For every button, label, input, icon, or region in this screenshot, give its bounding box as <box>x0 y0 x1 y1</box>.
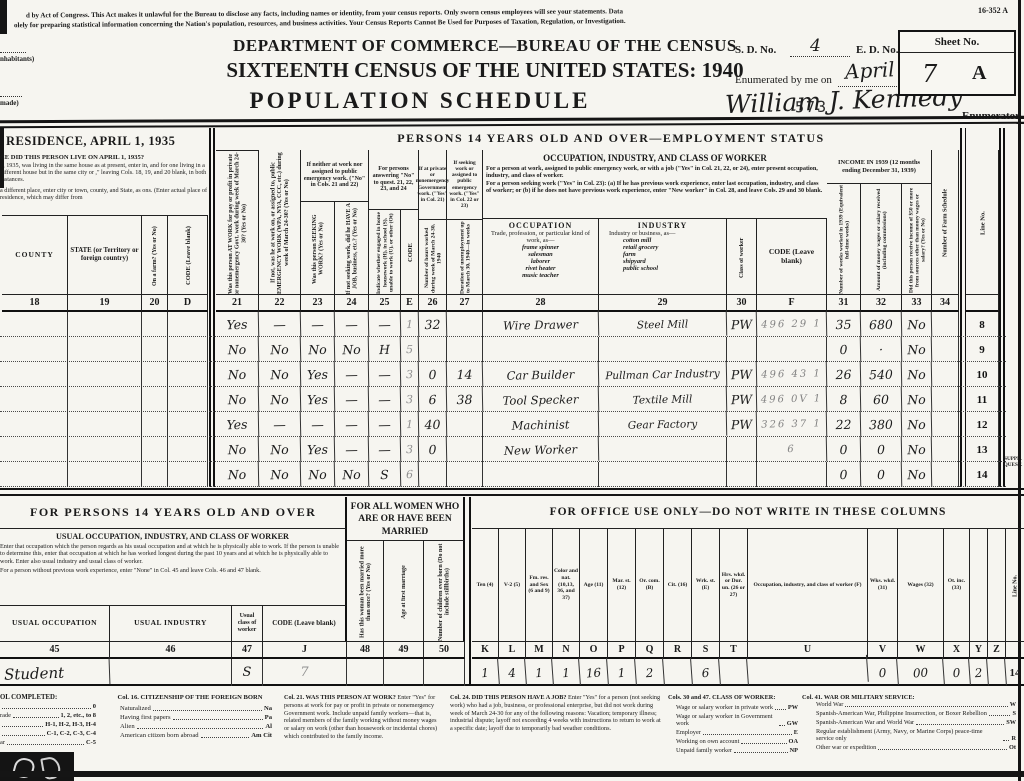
war-label: Spanish-American War and World War <box>816 719 914 726</box>
cell-c27 <box>447 462 483 487</box>
cell-cD <box>168 462 208 487</box>
citizenship-entry: AlienAl <box>120 723 272 730</box>
class-of-worker-header: Cols. 30 and 47. CLASS OF WORKER: <box>668 694 798 701</box>
cell-c20 <box>142 387 168 412</box>
class-of-worker-entry: Working on own accountOA <box>676 738 798 745</box>
school-code: 1, 2, etc., to 8 <box>61 712 97 719</box>
col24-instruction: Col. 24. DID THIS PERSON HAVE A JOB? Ent… <box>450 694 662 776</box>
war-code: R <box>1011 735 1016 742</box>
cell-c32: 60 <box>861 387 903 413</box>
cell-46 <box>110 659 232 686</box>
war-header: Col. 41. WAR OR MILITARY SERVICE: <box>802 694 1016 701</box>
cell-c19 <box>68 437 142 462</box>
war-entry: Other war or expeditionOt <box>816 744 1016 751</box>
cell-c29: Pullman Car Industry <box>599 361 727 389</box>
dotted-leader <box>779 725 785 726</box>
class-of-worker-code: NP <box>790 747 798 754</box>
column-number-c21: 21 <box>216 294 259 312</box>
enumerated-label: Enumerated by me on <box>735 74 832 86</box>
cell-line: 8 <box>966 312 999 337</box>
citizenship-label: Naturalized <box>120 705 151 712</box>
cell-c21: No <box>216 362 260 388</box>
dotted-leader <box>845 706 1007 707</box>
school-entry: arC-5 <box>0 739 96 746</box>
dotted-leader <box>741 743 786 744</box>
cell-office-U <box>747 655 869 690</box>
citizenship-entries: NaturalizedNaHaving first papersPaAlienA… <box>102 705 278 739</box>
column-letter-N: N <box>553 641 580 659</box>
war-label: Other war or expedition <box>816 744 876 751</box>
war-code: SW <box>1006 719 1016 726</box>
column-number-c22: 22 <box>259 294 301 312</box>
cell-45: Student <box>0 657 110 688</box>
column-number-line <box>966 294 999 312</box>
dotted-leader <box>916 724 1004 725</box>
column-number-45: 45 <box>0 641 110 659</box>
class-of-worker-code: GW <box>787 720 798 727</box>
table-row-line-10: NoNoYes——3014Car BuilderPullman Car Indu… <box>0 362 1006 387</box>
column-number-c19: 19 <box>68 294 142 312</box>
cell-c20 <box>142 462 168 487</box>
class-of-worker-label: Wage or salary worker in private work <box>676 704 773 711</box>
mid-table-rows: 454647J484950KLMNOPQRSTUVWXYZStudentS714… <box>0 497 1024 686</box>
cell-c29: Gear Factory <box>599 411 727 439</box>
cell-cF: 496 29 1 <box>757 311 828 337</box>
citizenship-entry: Having first papersPa <box>120 714 272 721</box>
citizenship-code: Na <box>264 705 272 712</box>
cell-c27 <box>447 412 483 437</box>
cell-c28: New Worker <box>483 436 599 463</box>
cell-cD <box>168 412 208 437</box>
cell-c34 <box>932 337 959 362</box>
sheet-label: Sheet No. <box>900 32 1014 48</box>
column-number-c23: 23 <box>301 294 335 312</box>
cell-cE: 1 <box>401 312 420 337</box>
cell-c18 <box>2 337 68 362</box>
column-number-c18: 18 <box>2 294 68 312</box>
cell-c20 <box>142 412 168 437</box>
cell-cE: 5 <box>401 337 420 362</box>
cell-cE: 6 <box>401 462 420 487</box>
column-number-c26: 26 <box>419 294 447 312</box>
cell-cD <box>168 387 208 412</box>
school-label: rade <box>0 712 11 719</box>
dotted-leader <box>2 735 45 736</box>
cell-cD <box>168 337 208 362</box>
cell-47: S <box>232 659 263 686</box>
dotted-leader <box>13 717 59 718</box>
citizenship-code: Al <box>265 723 272 730</box>
dotted-leader <box>734 752 788 753</box>
cell-c19 <box>68 362 142 387</box>
cell-c28 <box>483 337 599 362</box>
cell-c18 <box>2 412 68 437</box>
cell-c30: PW <box>727 412 758 438</box>
cell-c26 <box>419 462 447 487</box>
citizenship-code: Am Cit <box>251 732 272 739</box>
class-of-worker-entry: Unpaid family workerNP <box>676 747 798 754</box>
cell-c24: — <box>335 437 370 463</box>
cell-line: 14 <box>1006 659 1024 686</box>
citizenship-label: Alien <box>120 723 135 730</box>
left-margin-rule <box>0 96 22 97</box>
cell-cF: 6 <box>757 436 828 462</box>
cell-c29 <box>599 462 727 487</box>
column-letter-P: P <box>608 641 636 659</box>
cell-c26: 40 <box>419 412 448 438</box>
class-of-worker-label: Unpaid family worker <box>676 747 732 754</box>
cell-c32: 0 <box>861 437 903 463</box>
cell-c24: No <box>335 337 370 363</box>
schedule-title: POPULATION SCHEDULE <box>120 88 720 114</box>
sheet-divider <box>900 52 1014 53</box>
cell-office-N: 1 <box>552 658 581 687</box>
cell-office-L: 4 <box>498 658 527 687</box>
column-number-cF: F <box>757 294 827 312</box>
cell-c33: No <box>902 462 933 488</box>
class-of-worker-entries: Wage or salary worker in private workPWW… <box>668 704 798 754</box>
dotted-leader <box>2 708 91 709</box>
census-form-scan: d by Act of Congress. This Act makes it … <box>0 0 1024 781</box>
citizenship-entry: American citizen born abroadAm Cit <box>120 732 272 739</box>
citizenship-label: Having first papers <box>120 714 171 721</box>
cell-c29: Steel Mill <box>599 311 727 339</box>
cell-c24: — <box>335 362 370 388</box>
column-letter-X: X <box>944 641 970 659</box>
scan-artifact <box>0 0 7 34</box>
column-number-c25: 25 <box>369 294 401 312</box>
citizenship-entry: NaturalizedNa <box>120 705 272 712</box>
cell-office-P: 1 <box>607 658 637 687</box>
cell-c22: No <box>259 462 302 488</box>
sd-label: S. D. No. <box>735 44 776 56</box>
table-row-line-9: NoNoNoNoH50·No9 <box>0 337 1006 362</box>
sheet-number-value: 7 <box>922 60 937 88</box>
cell-office-W: 00 <box>897 657 945 687</box>
column-letter-O: O <box>580 641 608 659</box>
war-code: W <box>1010 701 1016 708</box>
cell-c25: — <box>369 312 402 338</box>
form-number: 16-352 A <box>978 6 1008 15</box>
usual-occupation-table: FOR PERSONS 14 YEARS OLD AND OVER USUAL … <box>0 497 1024 686</box>
cell-49 <box>384 659 424 686</box>
cell-c29: Textile Mill <box>599 386 727 414</box>
cell-c27: 14 <box>447 362 484 388</box>
column-letter-W: W <box>898 641 944 659</box>
column-letter-Y: Y <box>970 641 988 659</box>
cell-office-V: 0 <box>867 658 899 687</box>
class-of-worker-entry: EmployerE <box>676 729 798 736</box>
cell-c28: Tool Specker <box>483 386 599 413</box>
school-entry: C-1, C-2, C-3, C-4 <box>0 730 96 737</box>
cell-c22: — <box>259 312 302 338</box>
cell-c22: No <box>259 437 302 463</box>
cell-c23: Yes <box>301 387 336 413</box>
class-of-worker-entry: Wage or salary worker in Government work… <box>676 713 798 727</box>
class-of-worker-codes: Cols. 30 and 47. CLASS OF WORKER: Wage o… <box>668 694 798 776</box>
dotted-leader <box>703 734 792 735</box>
cell-c21: Yes <box>216 412 260 438</box>
school-header: OL COMPLETED: <box>0 694 96 701</box>
cell-c26: 0 <box>419 362 448 388</box>
school-entries: 0rade1, 2, etc., to 8H-1, H-2, H-3, H-4C… <box>0 703 96 746</box>
cell-line: 9 <box>966 337 999 362</box>
column-number-47: 47 <box>232 641 263 659</box>
cell-c33: No <box>902 437 933 463</box>
cell-c22: No <box>259 387 302 413</box>
war-entry: Spanish-American War, Philippine Insurre… <box>816 710 1016 717</box>
dotted-leader <box>153 710 262 711</box>
dotted-leader <box>201 737 250 738</box>
school-code: 0 <box>93 703 96 710</box>
cell-c18 <box>2 312 68 337</box>
column-number-c30: 30 <box>727 294 757 312</box>
cell-line: 14 <box>966 462 999 487</box>
cell-c31: 0 <box>827 462 862 488</box>
cell-cD <box>168 312 208 337</box>
column-number-c27: 27 <box>447 294 483 312</box>
sd-underline <box>790 56 850 57</box>
war-label: Spanish-American War, Philippine Insurre… <box>816 710 987 717</box>
column-letter-R: R <box>664 641 692 659</box>
left-margin-fragment: made) <box>0 99 19 107</box>
cell-office-K: 1 <box>471 658 500 687</box>
war-code: S <box>1012 710 1016 717</box>
col21-body: Enter "Yes" for persons at work for pay … <box>284 694 437 740</box>
ed-label: E. D. No. <box>856 44 898 56</box>
cell-c30 <box>727 462 757 487</box>
sd-value: 4 <box>810 36 821 56</box>
sheet-letter-value: A <box>972 62 986 85</box>
column-letter-Q: Q <box>636 641 664 659</box>
cell-c33: No <box>902 387 933 413</box>
column-number-46: 46 <box>110 641 232 659</box>
bottom-rule <box>0 771 1024 777</box>
table-rule <box>0 488 1024 490</box>
column-number-c31: 31 <box>827 294 861 312</box>
cell-cF <box>757 337 827 362</box>
cell-c24: — <box>335 412 370 438</box>
cell-c32: 540 <box>861 362 903 388</box>
war-entry: Regular establishment (Army, Navy, or Ma… <box>816 728 1016 742</box>
cell-cD <box>168 437 208 462</box>
cell-c21: No <box>216 387 260 413</box>
cell-office-R <box>663 658 693 687</box>
dotted-leader <box>775 709 786 710</box>
cell-c19 <box>68 412 142 437</box>
cell-cD <box>168 362 208 387</box>
col21-header: Col. 21. WAS THIS PERSON AT WORK? <box>284 694 396 701</box>
class-of-worker-entry: Wage or salary worker in private workPW <box>676 704 798 711</box>
cell-c33: No <box>902 412 933 438</box>
class-of-worker-code: OA <box>789 738 798 745</box>
cell-c25: — <box>369 412 402 438</box>
cell-c33: No <box>902 362 933 388</box>
cell-c21: No <box>216 437 260 463</box>
cell-cE: 3 <box>401 437 420 462</box>
table-row-line-14: NoNoNoNoS600No14 <box>0 462 1006 487</box>
cell-cF: 326 37 1 <box>757 411 828 437</box>
cell-c26 <box>419 337 447 362</box>
cell-c25: H <box>369 337 402 363</box>
war-service-codes: Col. 41. WAR OR MILITARY SERVICE: World … <box>802 694 1016 776</box>
col21-instruction: Col. 21. WAS THIS PERSON AT WORK? Enter … <box>284 694 442 776</box>
school-entry: H-1, H-2, H-3, H-4 <box>0 721 96 728</box>
table-row-line-12: Yes————140MachinistGear FactoryPW326 37 … <box>0 412 1006 437</box>
cell-c25: — <box>369 437 402 463</box>
cell-c25: — <box>369 362 402 388</box>
column-number-c20: 20 <box>142 294 168 312</box>
war-entry: Spanish-American War and World WarSW <box>816 719 1016 726</box>
cell-c19 <box>68 337 142 362</box>
table-row-line-8: Yes————132Wire DrawerSteel MillPW496 29 … <box>0 312 1006 337</box>
cell-c28: Car Builder <box>483 361 599 388</box>
cell-c33: No <box>902 337 933 363</box>
column-number-c28: 28 <box>483 294 599 312</box>
cell-c24: — <box>335 312 370 338</box>
cell-c18 <box>2 437 68 462</box>
cell-c20 <box>142 362 168 387</box>
cell-office-Q: 2 <box>635 658 665 687</box>
dotted-leader <box>878 749 1007 750</box>
cell-c30 <box>727 337 757 362</box>
cell-c20 <box>142 337 168 362</box>
cell-c31: 22 <box>827 412 862 438</box>
school-label: ar <box>0 739 5 746</box>
cell-c28: Wire Drawer <box>483 311 599 338</box>
cell-c23: No <box>301 462 336 488</box>
cell-cF: 496 43 1 <box>757 361 828 387</box>
cell-c18 <box>2 462 68 487</box>
left-margin-rule <box>0 52 26 53</box>
cell-line: 11 <box>966 387 999 412</box>
cell-c26: 0 <box>419 437 448 463</box>
cell-office-M: 1 <box>525 658 554 687</box>
cell-48 <box>347 659 384 686</box>
cell-c19 <box>68 312 142 337</box>
cell-c27 <box>447 337 483 362</box>
cell-J: 7 <box>263 659 347 686</box>
cell-c24: No <box>335 462 370 488</box>
school-code: H-1, H-2, H-3, H-4 <box>45 721 96 728</box>
cell-c21: Yes <box>216 312 260 338</box>
cell-c20 <box>142 312 168 337</box>
table-row-line-13: NoNoYes——30New Worker600No13 <box>0 437 1006 462</box>
cell-c29 <box>599 437 727 462</box>
cell-c23: Yes <box>301 362 336 388</box>
cell-c24: — <box>335 387 370 413</box>
citizenship-codes: Col. 16. CITIZENSHIP OF THE FOREIGN BORN… <box>102 694 278 772</box>
column-number-c32: 32 <box>861 294 902 312</box>
column-letter-K: K <box>472 641 499 659</box>
cell-c26: 32 <box>419 312 448 338</box>
school-code: C-1, C-2, C-3, C-4 <box>47 730 96 737</box>
school-code: C-5 <box>86 739 96 746</box>
cell-c22: No <box>259 362 302 388</box>
cell-c22: No <box>259 337 302 363</box>
cell-office-O: 16 <box>579 658 609 687</box>
column-number-c29: 29 <box>599 294 727 312</box>
column-number-c24: 24 <box>335 294 369 312</box>
cell-cF: 496 0V 1 <box>757 386 828 412</box>
cell-cF <box>757 462 827 487</box>
dotted-leader <box>1003 740 1009 741</box>
class-of-worker-label: Employer <box>676 729 701 736</box>
cell-c18 <box>2 387 68 412</box>
cell-c31: 26 <box>827 362 862 388</box>
column-number-c33: 33 <box>902 294 932 312</box>
cell-c27 <box>447 437 483 462</box>
class-of-worker-label: Working on own account <box>676 738 739 745</box>
column-letter-M: M <box>526 641 553 659</box>
cell-c32: 380 <box>861 412 903 438</box>
cell-c34 <box>932 362 959 387</box>
dotted-leader <box>137 728 264 729</box>
war-label: Regular establishment (Army, Navy, or Ma… <box>816 728 1001 742</box>
cell-c23: No <box>301 337 336 363</box>
citizenship-code: Pa <box>265 714 272 721</box>
dotted-leader <box>2 726 43 727</box>
cell-c34 <box>932 462 959 487</box>
cell-c31: 35 <box>827 312 862 338</box>
cell-c31: 8 <box>827 387 862 413</box>
war-entry: World WarW <box>816 701 1016 708</box>
cell-c30: PW <box>727 362 758 388</box>
cell-c28: Machinist <box>483 411 599 438</box>
column-letter-V: V <box>868 641 898 659</box>
employment-table: RESIDENCE, APRIL 1, 1935 CE DID THIS PER… <box>0 128 1024 487</box>
table-row-line-11: NoNoYes——3638Tool SpeckerTextile MillPW4… <box>0 387 1006 412</box>
cell-c19 <box>68 387 142 412</box>
cell-c30: PW <box>727 387 758 413</box>
cell-cE: 1 <box>401 412 420 437</box>
column-letter-L: L <box>499 641 526 659</box>
suppl-quest-note: SUPPL. QUEST. <box>1003 456 1023 468</box>
class-of-worker-code: E <box>794 729 798 736</box>
cell-c32: · <box>861 337 903 363</box>
cell-c31: 0 <box>827 437 862 463</box>
column-number-49: 49 <box>384 641 424 659</box>
cell-c30 <box>727 437 757 462</box>
class-of-worker-label: Wage or salary worker in Government work <box>676 713 777 727</box>
cell-c34 <box>932 387 959 412</box>
sheet-number-box: Sheet No. 7 A <box>898 30 1016 96</box>
cell-line: 13 <box>966 437 999 462</box>
column-letter-Z: Z <box>988 641 1006 659</box>
cell-office-X: 0 <box>943 658 971 687</box>
cell-c31: 0 <box>827 337 862 363</box>
bottom-instructions: OL COMPLETED: 0rade1, 2, etc., to 8H-1, … <box>0 686 1024 781</box>
column-number-cE: E <box>401 294 419 312</box>
column-letter-line <box>1006 641 1024 659</box>
cell-c27 <box>447 312 483 337</box>
cell-c22: — <box>259 412 302 438</box>
dotted-leader <box>173 719 263 720</box>
school-entry: rade1, 2, etc., to 8 <box>0 712 96 719</box>
cell-c34 <box>932 312 959 337</box>
cell-c23: Yes <box>301 437 336 463</box>
cell-line: 12 <box>966 412 999 437</box>
cell-line: 10 <box>966 362 999 387</box>
cell-c34 <box>932 412 959 437</box>
cell-c34 <box>932 437 959 462</box>
cell-c33: No <box>902 312 933 338</box>
cell-c19 <box>68 462 142 487</box>
citizenship-header: Col. 16. CITIZENSHIP OF THE FOREIGN BORN <box>102 694 278 701</box>
cell-c30: PW <box>727 312 758 338</box>
school-entry: 0 <box>0 703 96 710</box>
cell-c32: 0 <box>861 462 903 488</box>
